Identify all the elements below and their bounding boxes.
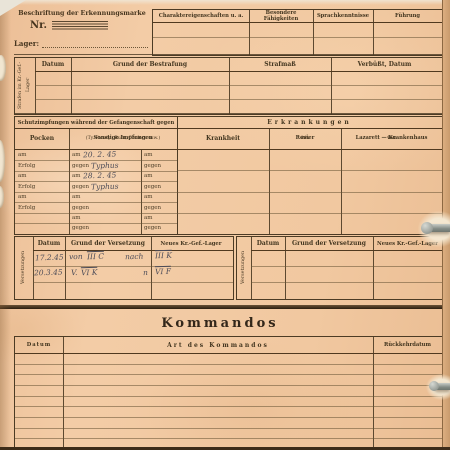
impf-label: am	[72, 215, 81, 221]
impf-label: am	[144, 215, 153, 221]
lager-dotted-line	[42, 39, 148, 48]
strafen-table: Strafen im Kr.-Gef.-Lager Datum Grund de…	[14, 57, 445, 115]
binder-prong-top	[418, 211, 450, 247]
handwritten-text: n	[143, 268, 148, 277]
impf-label: am	[72, 152, 81, 158]
col-datum: Datum	[35, 58, 71, 71]
kommandos-table: Datum Art des Kommandos Rückkehrdatum	[14, 336, 445, 450]
handwritten-text: nach	[125, 252, 144, 261]
impf-label: Erfolg	[18, 184, 35, 190]
impf-label: am	[72, 173, 81, 179]
col-strafmass: Strafmaß	[229, 58, 331, 71]
handwritten-camp: VI F	[155, 267, 171, 276]
empty-row	[35, 71, 444, 86]
impfungen-title: Schutzimpfungen während der Gefangenscha…	[15, 117, 177, 128]
strafen-header-row: Datum Grund der Bestrafung Strafmaß Verb…	[35, 58, 444, 72]
erkennungsmarke-label: Beschriftung der Erkennungsmarke	[16, 10, 148, 17]
lager-label: Lager:	[14, 39, 39, 48]
rule	[14, 234, 443, 235]
impf-label: gegen	[72, 163, 89, 169]
impf-label: Erfolg	[18, 163, 35, 169]
versetzungen-header-row: Datum Grund der Versetzung Neues Kr.-Gef…	[33, 237, 233, 251]
impf-label: am	[18, 173, 27, 179]
revier-bis: bis	[301, 128, 308, 149]
sub-header-row: Pocken Sonstige Impfungen (Ty.-Paraty., …	[15, 128, 444, 150]
binder-prong-bottom	[426, 374, 450, 400]
versetzungen-header-row: Datum Grund der Versetzung Neues Kr.-Gef…	[251, 237, 444, 251]
lazarett-bis: bis	[388, 128, 395, 149]
transfer-row	[251, 266, 444, 283]
versetzungen-side-label: Versetzungen	[237, 237, 251, 297]
versetzungen-table-left: Versetzungen Datum Grund der Versetzung …	[14, 236, 234, 300]
strafen-side-label: Strafen im Kr.-Gef.-Lager	[15, 58, 35, 112]
handwritten-text: von	[69, 252, 83, 261]
col-fuehrung: Führung	[373, 10, 442, 22]
handwritten-camp: VI K	[81, 268, 98, 277]
nr-label: Nr.	[30, 20, 47, 31]
transfer-row	[251, 250, 444, 267]
impf-row: gegen gegen	[15, 223, 177, 233]
col-datum: Datum	[251, 237, 285, 250]
erkrankung-row	[177, 213, 444, 233]
handwritten-date: 20. 2. 45	[83, 150, 117, 160]
erkrankungen-title: Erkrankungen	[177, 117, 442, 128]
rule	[14, 113, 443, 114]
col-grund-der-versetzung: Grund der Versetzung	[65, 237, 151, 250]
col-besondere-faehigkeiten: Besondere Fähigkeiten	[249, 10, 313, 22]
top-edge-highlight	[0, 0, 450, 5]
impf-label: gegen	[72, 205, 89, 211]
nr-row: Nr.	[30, 20, 108, 31]
impf-label: gegen	[72, 225, 89, 231]
kommandos-title: Kommandos	[0, 316, 440, 331]
lager-row: Lager:	[14, 39, 148, 48]
col-art-des-kommandos: Art des Kommandos	[63, 337, 373, 353]
handwritten-camp: III C	[87, 252, 104, 261]
erkrankung-row	[177, 170, 444, 193]
handwritten-text: V.	[71, 268, 78, 277]
metal-prong-icon	[434, 383, 450, 390]
empty-row	[153, 22, 444, 38]
versetzungen-side-label: Versetzungen	[15, 237, 33, 297]
handwritten-camp: III K	[155, 251, 172, 260]
rule	[14, 54, 443, 55]
col-krankheit: Krankheit	[177, 128, 269, 149]
scanned-pow-record-form: Beschriftung der Erkennungsmarke Nr. Lag…	[0, 0, 450, 450]
impf-label: am	[144, 152, 153, 158]
erkrankung-row	[177, 192, 444, 214]
handwritten-date: 28. 2. 45	[83, 171, 117, 181]
impf-label: am	[72, 194, 81, 200]
empty-row	[35, 85, 444, 100]
col-grund-der-bestrafung: Grund der Bestrafung	[71, 58, 229, 71]
col-charaktereigenschaften: Charaktereigenschaften u. a.	[153, 10, 249, 22]
transfer-row	[251, 282, 444, 297]
col-grund-der-versetzung: Grund der Versetzung	[285, 237, 373, 250]
impf-label: gegen	[144, 184, 161, 190]
impf-label: gegen	[144, 225, 161, 231]
impf-label: am	[144, 173, 153, 179]
col-neues-lager: Neues Kr.-Gef.-Lager	[151, 237, 231, 250]
kommandos-header-row: Datum Art des Kommandos Rückkehrdatum	[15, 337, 444, 354]
col-pocken: Pocken	[15, 128, 69, 149]
versetzungen-table-right: Versetzungen Datum Grund der Versetzung …	[236, 236, 445, 300]
empty-row	[35, 99, 444, 112]
handwritten-date: 20.3.45	[34, 268, 63, 278]
impf-label: gegen	[144, 163, 161, 169]
impf-label: Erfolg	[18, 205, 35, 211]
col-sprachkenntnisse: Sprachkenntnisse	[313, 10, 373, 22]
transfer-row: 17.2.45 von III C nach III K	[33, 250, 233, 267]
traits-table: Charaktereigenschaften u. a. Besondere F…	[152, 9, 445, 56]
erkrankung-row	[177, 149, 444, 171]
col-rueckkehrdatum: Rückkehrdatum	[373, 337, 442, 353]
col-datum: Datum	[15, 337, 63, 353]
col-datum: Datum	[33, 237, 65, 250]
impf-label: gegen	[144, 205, 161, 211]
impf-label: am	[18, 194, 27, 200]
impfungen-erkrankungen-table: Schutzimpfungen während der Gefangenscha…	[14, 116, 445, 235]
metal-prong-icon	[426, 224, 450, 232]
page-fold-rule	[0, 305, 450, 309]
transfer-row: 20.3.45 V. VI K n VI F	[33, 266, 233, 283]
handwritten-typhus: Typhus	[91, 161, 119, 171]
transfer-row	[33, 282, 233, 297]
col-verbuesst-datum: Verbüßt, Datum	[331, 58, 438, 71]
impf-label: am	[144, 194, 153, 200]
handwritten-typhus: Typhus	[91, 182, 119, 192]
empty-row	[153, 37, 444, 53]
nr-ruled-lines	[52, 21, 108, 31]
erkennungsmarke-block: Beschriftung der Erkennungsmarke	[16, 10, 148, 17]
impf-label: gegen	[72, 184, 89, 190]
handwritten-date: 17.2.45	[35, 253, 64, 263]
impf-label: am	[18, 152, 27, 158]
col-sonstige-impfungen-sub: (Ty.-Paraty., Ruhr, Cholera usw.)	[86, 128, 160, 149]
